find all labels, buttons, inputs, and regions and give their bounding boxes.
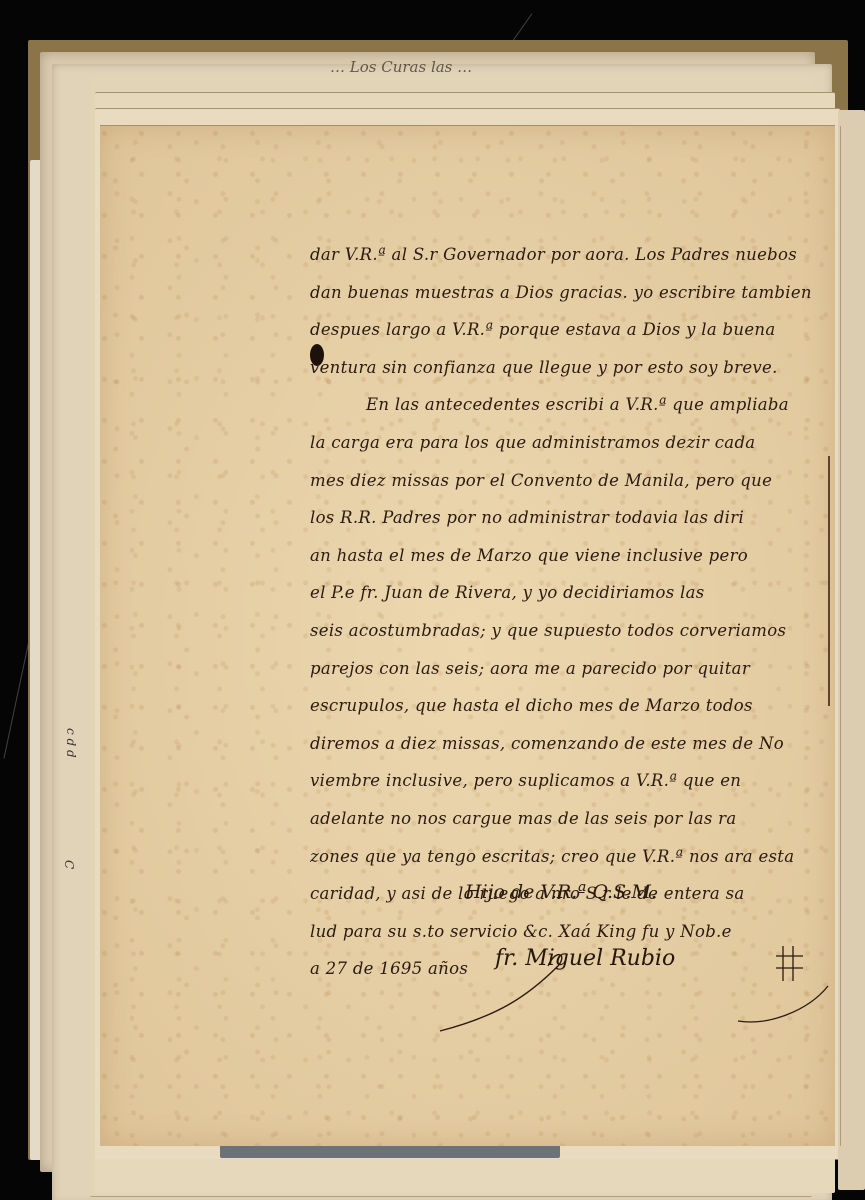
document-scan: … Los Curas las … c d d C dar V.R.ª al S… bbox=[0, 0, 865, 1200]
letter-body: dar V.R.ª al S.r Governador por aora. Lo… bbox=[310, 236, 840, 988]
letter-line: los R.R. Padres por no administrar todav… bbox=[310, 499, 840, 537]
letter-line: seis acostumbradas; y que supuesto todos… bbox=[310, 612, 840, 650]
letter-line: adelante no nos cargue mas de las seis p… bbox=[310, 800, 840, 838]
letter-line: mes diez missas por el Convento de Manil… bbox=[310, 462, 840, 500]
margin-note: c d d bbox=[64, 728, 78, 758]
letter-line: escrupulos, que hasta el dicho mes de Ma… bbox=[310, 687, 840, 725]
letter-line: ventura sin confianza que llegue y por e… bbox=[310, 349, 840, 387]
letter-line: parejos con las seis; aora me a parecido… bbox=[310, 650, 840, 688]
letter-line: En las antecedentes escribi a V.R.ª que … bbox=[310, 386, 840, 424]
letter-line: despues largo a V.R.ª porque estava a Di… bbox=[310, 311, 840, 349]
letter-line: dan buenas muestras a Dios gracias. yo e… bbox=[310, 274, 840, 312]
top-sheet-scrawl: … Los Curas las … bbox=[330, 58, 472, 76]
margin-note: C bbox=[62, 860, 76, 869]
letter-line: diremos a diez missas, comenzando de est… bbox=[310, 725, 840, 763]
letter-line: zones que ya tengo escritas; creo que V.… bbox=[310, 838, 840, 876]
letter-closing: Hijo de V.R.ª Q.S.M. bbox=[465, 881, 657, 903]
letter-line: dar V.R.ª al S.r Governador por aora. Lo… bbox=[310, 236, 840, 274]
letter-line: el P.e fr. Juan de Rivera, y yo decidiri… bbox=[310, 574, 840, 612]
letter-line: viembre inclusive, pero suplicamos a V.R… bbox=[310, 762, 840, 800]
letter-signature: fr. Miguel Rubio bbox=[495, 946, 675, 971]
letter-line: an hasta el mes de Marzo que viene inclu… bbox=[310, 537, 840, 575]
letter-page: dar V.R.ª al S.r Governador por aora. Lo… bbox=[100, 125, 835, 1146]
signature-flourish-icon bbox=[438, 926, 858, 1036]
letter-line: la carga era para los que administramos … bbox=[310, 424, 840, 462]
